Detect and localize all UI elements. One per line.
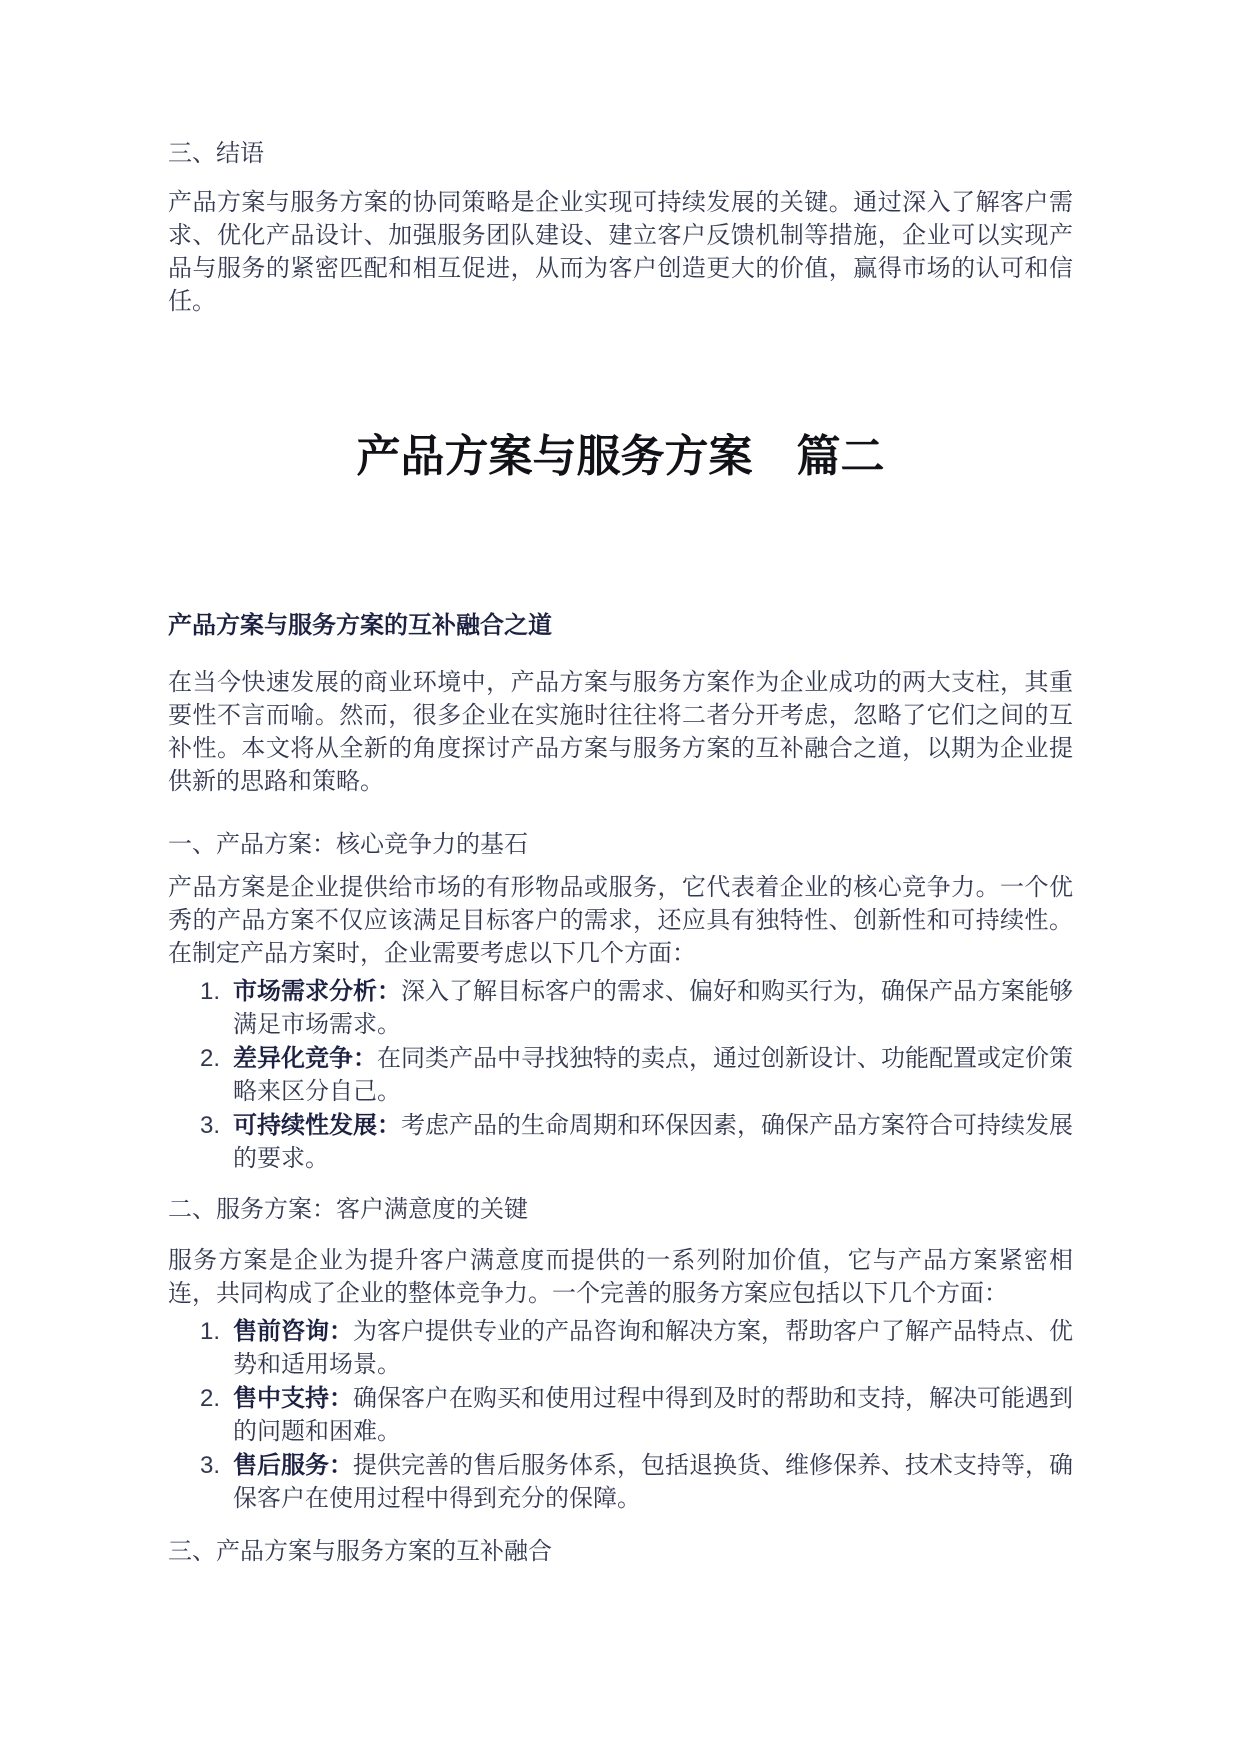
section-2-heading: 二、服务方案：客户满意度的关键 — [168, 1194, 1073, 1227]
list-item-number: 3. — [200, 1109, 220, 1142]
section-1-paragraph: 产品方案是企业提供给市场的有形物品或服务，它代表着企业的核心竞争力。一个优秀的产… — [168, 872, 1073, 971]
list-item-term: 可持续性发展： — [233, 1112, 401, 1139]
list-item: 3.可持续性发展：考虑产品的生命周期和环保因素，确保产品方案符合可持续发展的要求… — [168, 1109, 1073, 1176]
list-item-number: 1. — [200, 975, 220, 1008]
section-1-heading: 一、产品方案：核心竞争力的基石 — [168, 829, 1073, 862]
list-item: 1.市场需求分析：深入了解目标客户的需求、偏好和购买行为，确保产品方案能够满足市… — [168, 975, 1073, 1042]
document-subtitle: 产品方案与服务方案的互补融合之道 — [168, 609, 1073, 642]
list-item: 2.差异化竞争：在同类产品中寻找独特的卖点，通过创新设计、功能配置或定价策略来区… — [168, 1042, 1073, 1109]
closing-section-heading: 三、结语 — [168, 138, 1073, 171]
intro-paragraph: 在当今快速发展的商业环境中，产品方案与服务方案作为企业成功的两大支柱，其重要性不… — [168, 667, 1073, 799]
section-3-heading: 三、产品方案与服务方案的互补融合 — [168, 1536, 1073, 1569]
section-2-list: 1.售前咨询：为客户提供专业的产品咨询和解决方案，帮助客户了解产品特点、优势和适… — [168, 1315, 1073, 1516]
section-1-list: 1.市场需求分析：深入了解目标客户的需求、偏好和购买行为，确保产品方案能够满足市… — [168, 975, 1073, 1176]
list-item-number: 3. — [200, 1449, 220, 1482]
closing-paragraph: 产品方案与服务方案的协同策略是企业实现可持续发展的关键。通过深入了解客户需求、优… — [168, 187, 1073, 319]
list-item-term: 售后服务： — [233, 1452, 353, 1479]
list-item-number: 2. — [200, 1042, 220, 1075]
document-title: 产品方案与服务方案 篇二 — [168, 431, 1073, 483]
document-page: 三、结语 产品方案与服务方案的协同策略是企业实现可持续发展的关键。通过深入了解客… — [0, 0, 1240, 1753]
list-item-number: 1. — [200, 1315, 220, 1348]
list-item-term: 售前咨询： — [233, 1318, 353, 1345]
list-item-desc: 为客户提供专业的产品咨询和解决方案，帮助客户了解产品特点、优势和适用场景。 — [233, 1319, 1073, 1378]
list-item-desc: 提供完善的售后服务体系，包括退换货、维修保养、技术支持等，确保客户在使用过程中得… — [233, 1453, 1073, 1512]
list-item-term: 售中支持： — [233, 1385, 353, 1412]
section-2-paragraph: 服务方案是企业为提升客户满意度而提供的一系列附加价值，它与产品方案紧密相连，共同… — [168, 1245, 1073, 1311]
list-item-term: 市场需求分析： — [233, 978, 401, 1005]
list-item: 1.售前咨询：为客户提供专业的产品咨询和解决方案，帮助客户了解产品特点、优势和适… — [168, 1315, 1073, 1382]
list-item: 2.售中支持：确保客户在购买和使用过程中得到及时的帮助和支持，解决可能遇到的问题… — [168, 1382, 1073, 1449]
list-item-desc: 确保客户在购买和使用过程中得到及时的帮助和支持，解决可能遇到的问题和困难。 — [233, 1386, 1073, 1445]
list-item: 3.售后服务：提供完善的售后服务体系，包括退换货、维修保养、技术支持等，确保客户… — [168, 1449, 1073, 1516]
list-item-term: 差异化竞争： — [233, 1045, 377, 1072]
list-item-number: 2. — [200, 1382, 220, 1415]
